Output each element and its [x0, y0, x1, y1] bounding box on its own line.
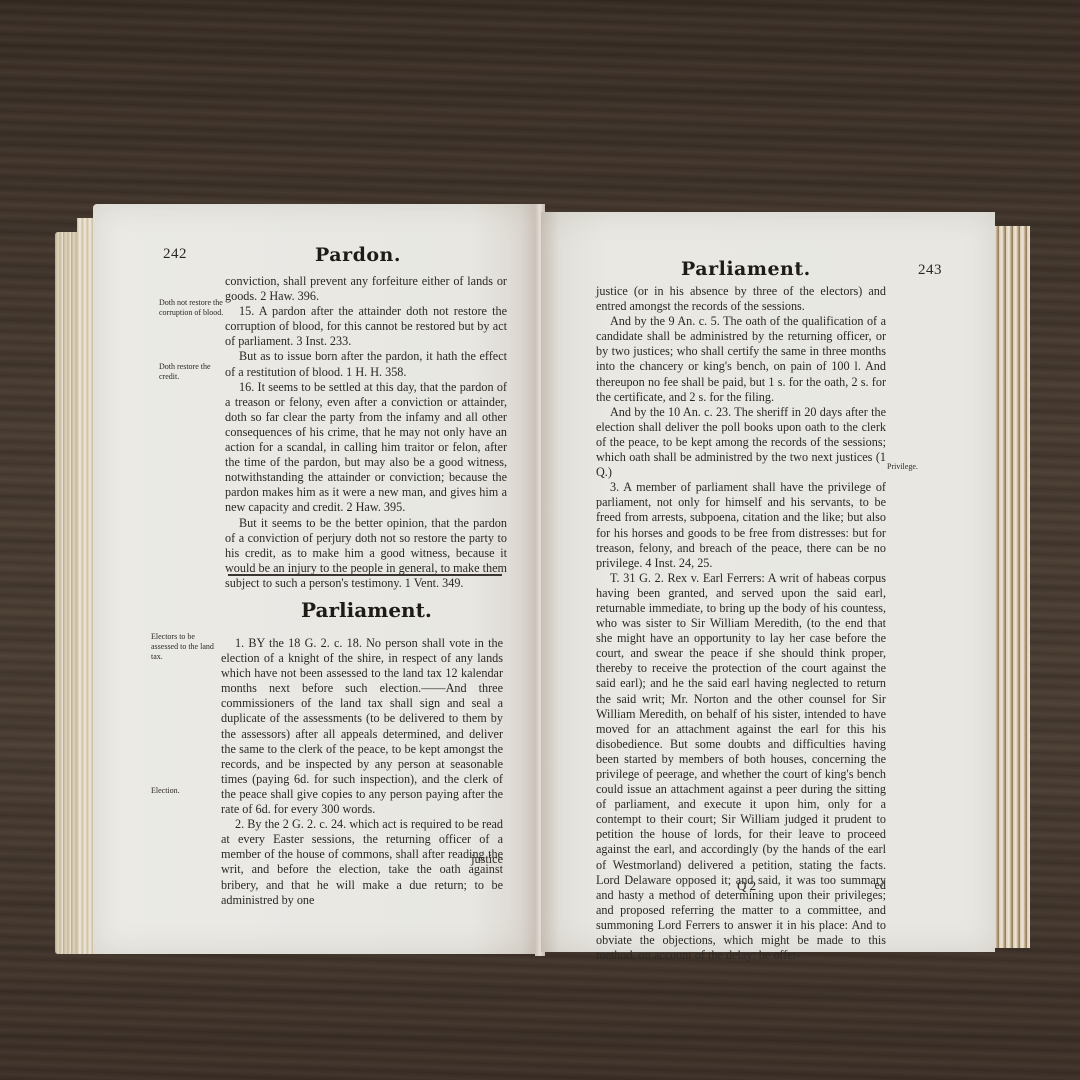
section-title: Parliament.	[301, 598, 432, 622]
signature-mark: Q 2	[737, 878, 756, 894]
paragraph: 1. BY the 18 G. 2. c. 18. No person shal…	[221, 636, 503, 817]
paragraph: 3. A member of parliament shall have the…	[596, 480, 886, 571]
side-note: Election.	[151, 786, 219, 796]
open-book: 242 Pardon. Doth not restore the corrupt…	[55, 204, 1030, 962]
body-text-pardon: conviction, shall prevent any forfeiture…	[225, 274, 507, 591]
page-number-left: 242	[163, 246, 187, 263]
side-note: Doth restore the credit.	[159, 362, 227, 382]
paragraph: conviction, shall prevent any forfeiture…	[225, 274, 507, 304]
running-head-right: Parliament.	[681, 258, 811, 280]
catchword: ed	[846, 878, 886, 893]
page-edges-right	[992, 226, 1030, 948]
side-note: Electors to be assessed to the land tax.	[151, 632, 219, 662]
left-page: 242 Pardon. Doth not restore the corrupt…	[93, 204, 539, 954]
paragraph: And by the 10 An. c. 23. The sheriff in …	[596, 405, 886, 480]
paragraph: 16. It seems to be settled at this day, …	[225, 380, 507, 516]
side-note: Doth not restore the corruption of blood…	[159, 298, 227, 318]
paragraph: But it seems to be the better opinion, t…	[225, 516, 507, 591]
paragraph: T. 31 G. 2. Rex v. Earl Ferrers: A writ …	[596, 571, 886, 963]
body-text-right: justice (or in his absence by three of t…	[596, 284, 886, 963]
paragraph: And by the 9 An. c. 5. The oath of the q…	[596, 314, 886, 405]
page-number-right: 243	[918, 262, 942, 279]
body-text-parliament: 1. BY the 18 G. 2. c. 18. No person shal…	[221, 636, 503, 908]
paragraph: 15. A pardon after the attainder doth no…	[225, 304, 507, 349]
side-note: Privilege.	[887, 462, 937, 472]
paragraph: 2. By the 2 G. 2. c. 24. which act is re…	[221, 817, 503, 908]
running-head-left: Pardon.	[315, 244, 401, 266]
right-page: Parliament. 243 justice (or in his absen…	[541, 212, 995, 952]
paragraph: But as to issue born after the pardon, i…	[225, 349, 507, 379]
paragraph: justice (or in his absence by three of t…	[596, 284, 886, 314]
catchword: justice	[463, 852, 503, 867]
section-divider	[228, 574, 502, 576]
